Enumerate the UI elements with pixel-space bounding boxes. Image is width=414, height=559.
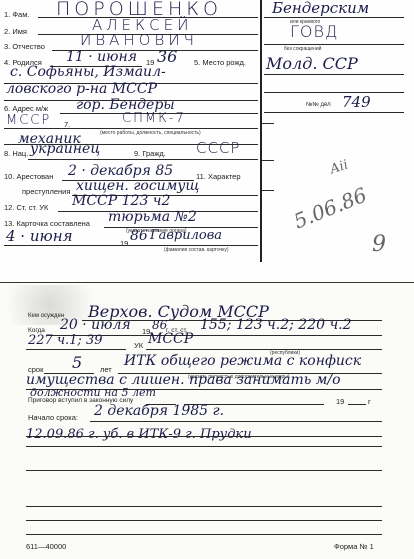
label-citizenship: 9. Гражд. <box>134 149 166 158</box>
value-note: 12.09.86 г. уб. в ИТК-9 г. Прудки <box>26 427 252 442</box>
value-term: 5 <box>72 353 82 372</box>
label-name: 2. Имя <box>4 27 27 36</box>
tick-line <box>262 190 274 191</box>
label-case-no: №№ дел <box>306 102 331 108</box>
underline <box>26 520 382 521</box>
compiled-year-prefix: 19 <box>120 239 128 248</box>
underline <box>90 421 382 422</box>
value-articles-cont: 227 ч.1; 39 <box>28 333 103 348</box>
underline <box>28 159 258 160</box>
label-surname: 1. Фам. <box>4 10 29 19</box>
underline <box>26 534 382 535</box>
value-term-start: 2 декабря 1985 г. <box>94 403 224 419</box>
underline <box>146 349 382 350</box>
footer-print-run: 611—40000 <box>26 542 66 551</box>
value-work: СПМК-7 <box>122 111 186 126</box>
verdict-year-prefix: 19 <box>336 397 344 406</box>
underline <box>26 436 382 437</box>
underline <box>348 404 366 405</box>
value-birthplace-1: с. Софьяны, Измаил- <box>10 64 166 80</box>
value-articles-bottom: 155; 123 ч.2; 220 ч.2 <box>200 317 352 333</box>
value-code: МССР <box>148 331 193 347</box>
underline <box>264 17 404 18</box>
underline <box>26 446 382 447</box>
underline <box>26 349 126 350</box>
label-birthplace: 5. Место рожд. <box>194 58 246 67</box>
underline <box>4 245 258 246</box>
value-city: Бендерским <box>272 0 369 17</box>
label-convicted-by: Кем осужден <box>28 313 64 319</box>
value-nationality: украинец <box>30 141 100 157</box>
value-compiled-date: 4 · июня <box>6 227 73 245</box>
value-arrested: 2 · декабря 85 <box>68 163 173 179</box>
label-code: УК <box>134 341 143 350</box>
underline <box>26 506 382 507</box>
label-term-start: Начало срока: <box>28 413 78 422</box>
hint-compiler: (фамилия состав. карточку) <box>164 247 229 253</box>
underline <box>264 44 404 45</box>
value-when: 20 · июля <box>60 317 131 333</box>
underline <box>264 74 404 75</box>
value-compiled-year: 86 <box>130 228 148 244</box>
underline <box>26 470 382 471</box>
hint-work: (место работы, должность, специальность) <box>100 130 201 136</box>
value-term-details: ИТК общего режима с конфиск <box>124 353 361 369</box>
value-compiler: Гаврилова <box>150 228 222 243</box>
value-case-no: 749 <box>342 93 371 111</box>
column-divider <box>260 0 262 262</box>
underline <box>4 128 258 129</box>
underline <box>264 112 404 113</box>
label-articles: 12. Ст. ст. УК <box>4 203 48 212</box>
pencil-number: 9 <box>372 232 386 257</box>
value-address-2: МССР <box>6 113 51 128</box>
label-patronymic: 3. Отчество <box>4 42 45 51</box>
footer-form-number: Форма № 1 <box>334 542 374 551</box>
tick-line <box>262 123 274 124</box>
verdict-year-suffix: г <box>368 397 371 406</box>
value-born-date: 11 · июня <box>66 49 137 65</box>
value-crime: хищен. госимущ <box>76 178 199 194</box>
hint-organ: без сокращений <box>284 46 321 52</box>
label-crime: 11. Характер <box>196 172 241 181</box>
label-nationality: 8. Нац. <box>4 149 28 158</box>
value-when-year: 86 <box>152 318 167 332</box>
value-citizenship: СССР <box>196 139 240 157</box>
label-arrested: 10. Арестован <box>4 172 53 181</box>
tick-line <box>262 160 274 161</box>
label-address: 6. Адрес м/ж <box>4 104 48 113</box>
value-articles: МССР 123 ч2 <box>72 193 170 209</box>
value-card-compiled: тюрьма №2 <box>108 209 197 225</box>
underline <box>264 92 404 93</box>
value-organ: ГОВД <box>290 22 338 41</box>
value-patronymic: ИВАНОВИЧ <box>80 31 198 49</box>
value-republic: Молд. ССР <box>266 54 358 73</box>
card-divider <box>0 282 414 283</box>
value-birthplace-2: ловского р-на МССР <box>6 81 157 97</box>
label-crime-2: преступления <box>22 187 70 196</box>
